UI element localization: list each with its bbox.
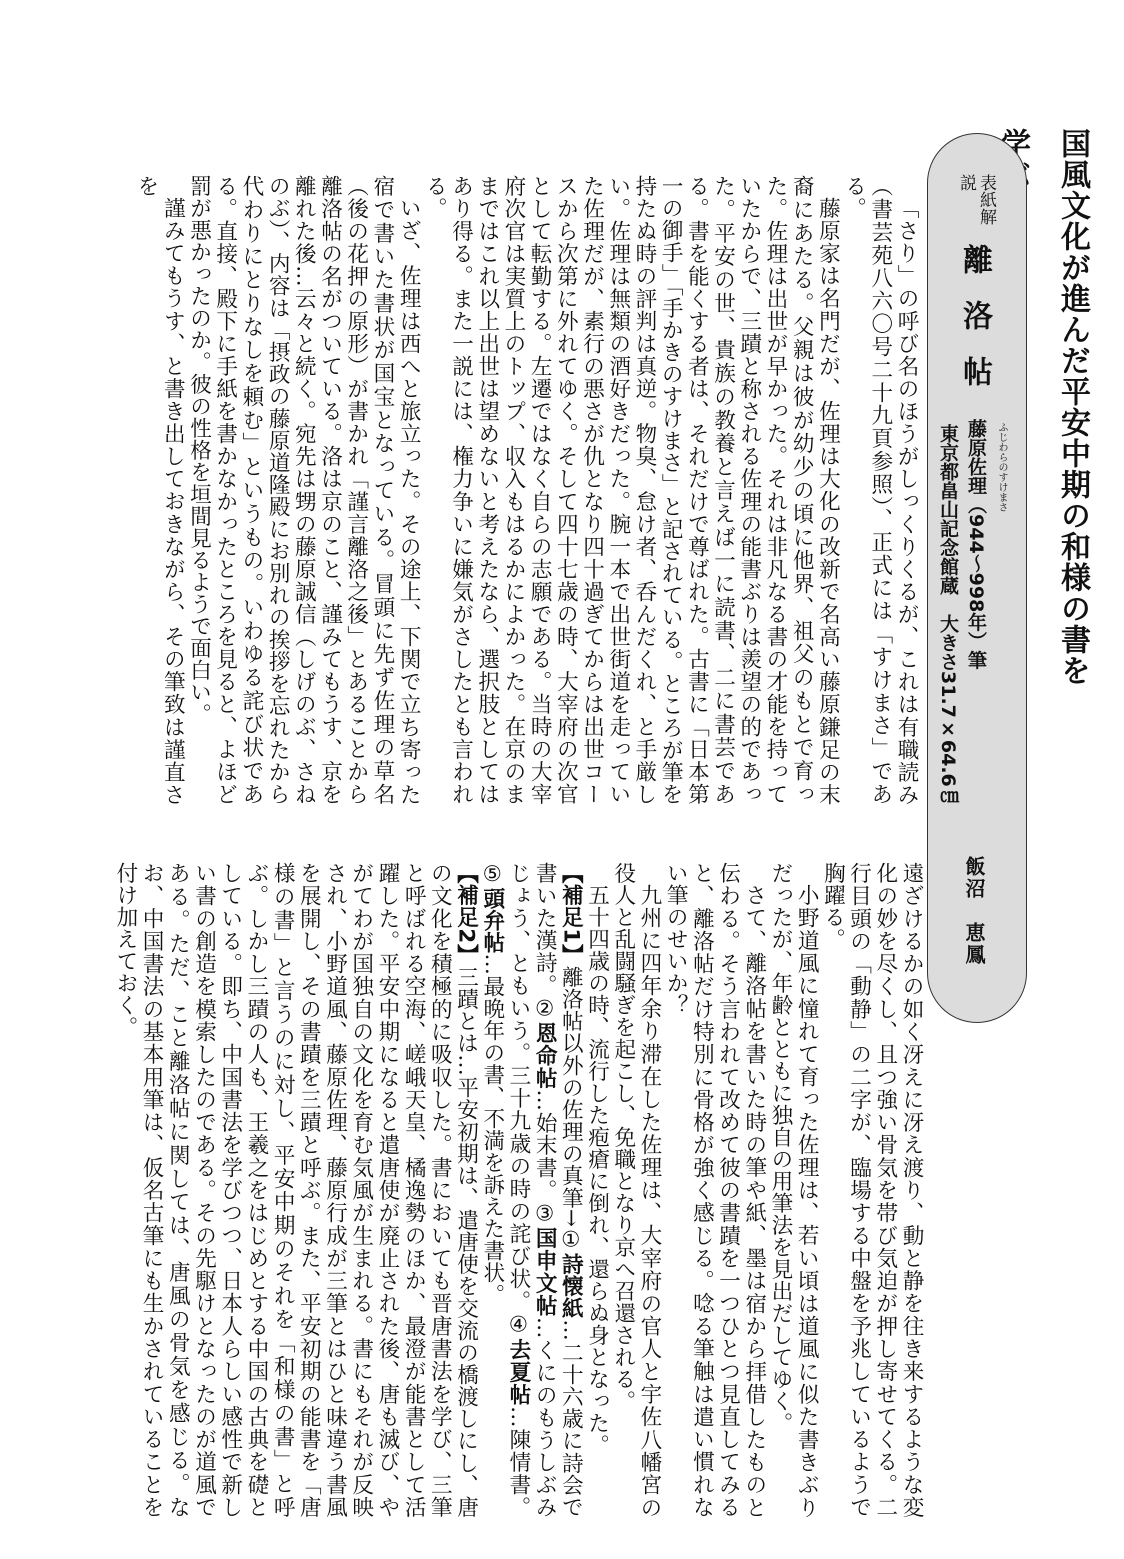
paragraph: 小野道風に憧れて育った佐理は、若い頃は道風に似た書きぶりだったが、年齢とともに独… [767, 862, 819, 1518]
article-body-upper: 「さり」の呼び名のほうがしっくりくるが、これは有職読み（書芸苑八六〇号二十九頁参… [49, 175, 919, 805]
article-body-lower: 遠ざけるかの如く冴えに冴え渡り、動と静を往き来するような変化の妙を尽くし、且つ強… [54, 862, 924, 1518]
cover-commentary-panel: 表紙解説 離洛帖 ふじわらのすけまさ 藤原佐理（944〜998年）筆 東京都畠山… [927, 133, 1027, 1023]
paragraph: さて、離洛帖を書いた時の筆や紙、墨は宿から拝借したものと伝わる。そう言われて改め… [662, 862, 767, 1518]
work-name: 国申文帖 [532, 1227, 557, 1317]
supplement-2-text: 三蹟とは…平安初期は、遣唐使を交流の橋渡しにし、唐の文化を積極的に吸収した。書に… [113, 862, 479, 1518]
paragraph: いざ、佐理は西へと旅立った。その途上、下関で立ち寄った宿で書いた書状が国宝となっ… [185, 175, 421, 805]
paragraph: 藤原家は名門だが、佐理は大化の改新で名高い藤原鎌足の末裔にあたる。父親は彼が幼少… [421, 175, 840, 805]
work-title: 離洛帖 [956, 244, 992, 412]
work-name: 去夏帖 [506, 1338, 531, 1406]
work-name: 恩命帖 [532, 1022, 557, 1089]
supplement-2: 【補足2】三蹟とは…平安初期は、遣唐使を交流の橋渡しにし、唐の文化を積極的に吸収… [112, 862, 479, 1518]
author-ruby: ふじわらのすけまさ [996, 422, 1006, 512]
supplement-1-label: 【補足1】 [558, 862, 583, 966]
writer-name: 飯沼 恵鳳 [962, 856, 986, 966]
page-title: 国風文化が進んだ平安中期の和様の書を学ぶ [1042, 128, 1102, 688]
paragraph: 遠ざけるかの如く冴えに冴え渡り、動と静を往き来するような変化の妙を尽くし、且つ強… [819, 862, 924, 1518]
supplement-2-label: 【補足2】 [454, 862, 479, 966]
work-name: 詩懐紙 [558, 1253, 583, 1319]
author-line: 藤原佐理（944〜998年）筆 [964, 419, 988, 669]
paragraph: 「さり」の呼び名のほうがしっくりくるが、これは有職読み（書芸苑八六〇号二十九頁参… [840, 175, 919, 805]
paragraph: 謹みてもうす、と書き出しておきながら、その筆致は謹直さを [133, 175, 185, 805]
panel-label: 表紙解説 [956, 174, 996, 234]
work-name: 頭弁帖 [480, 887, 505, 953]
supplement-1: 【補足1】離洛帖以外の佐理の真筆→①詩懐紙…二十六歳に詩会で書いた漢詩。②恩命帖… [479, 862, 584, 1518]
paragraph: 五十四歳の時、流行した疱瘡に倒れ、還らぬ身となった。 [583, 862, 609, 1518]
collection-and-size: 東京都畠山記念館蔵 大きさ31.7×64.6㎝ [936, 424, 960, 806]
supplement-1-intro: 離洛帖以外の佐理の真筆→ [558, 966, 583, 1228]
paragraph: 九州に四年余り滞在した佐理は、大宰府の官人と宇佐八幡宮の役人と乱闘騒ぎを起こし、… [610, 862, 662, 1518]
